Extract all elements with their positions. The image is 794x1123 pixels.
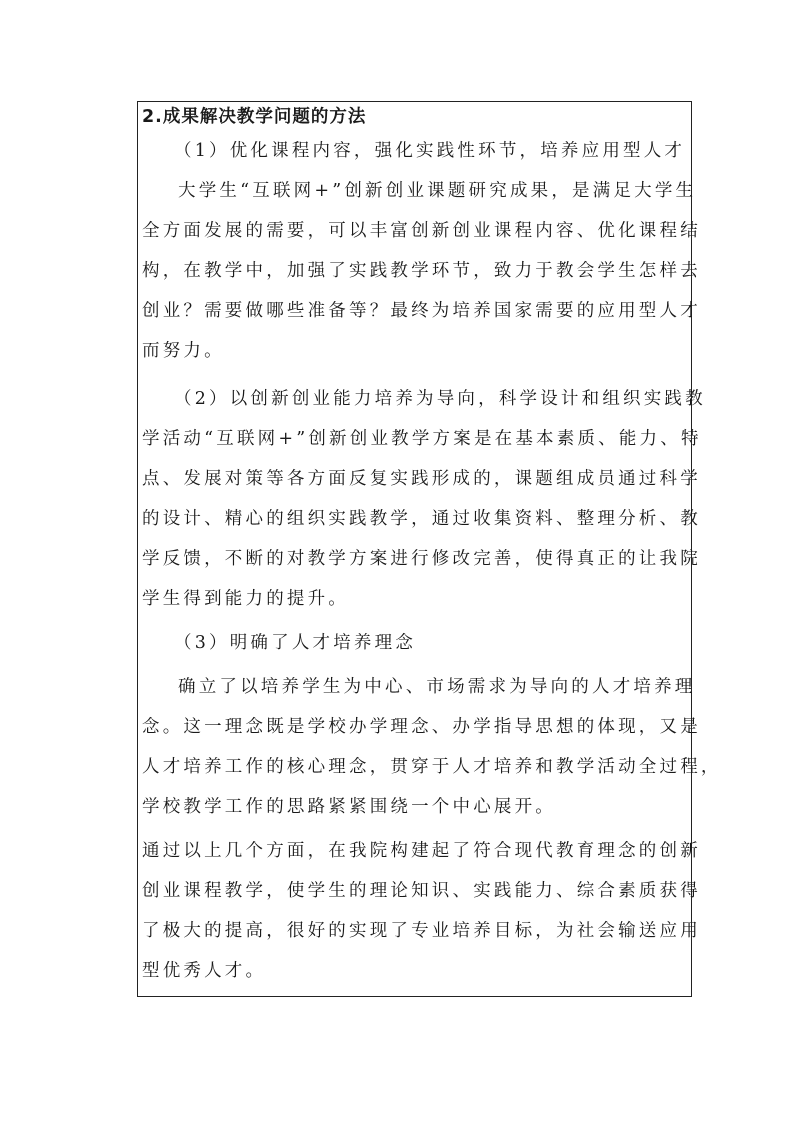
subsection-3-heading: （3）明确了人才培养理念: [174, 632, 416, 654]
paragraph-line: 创业？需要做哪些准备等？最终为培养国家需要的应用型人才: [142, 300, 701, 322]
content-table-cell: 2.成果解决教学问题的方法 （1）优化课程内容，强化实践性环节，培养应用型人才 …: [137, 101, 692, 997]
conclusion-line: 型优秀人才。: [142, 960, 266, 982]
section-title: 2.成果解决教学问题的方法: [142, 106, 366, 128]
conclusion-line: 了极大的提高，很好的实现了专业培养目标，为社会输送应用: [142, 920, 701, 942]
paragraph-line: 学反馈，不断的对教学方案进行修改完善，使得真正的让我院: [142, 548, 701, 570]
conclusion-line: 创业课程教学，使学生的理论知识、实践能力、综合素质获得: [142, 880, 701, 902]
subsection-1-heading: （1）优化课程内容，强化实践性环节，培养应用型人才: [174, 140, 685, 162]
paragraph-line: 点、发展对策等各方面反复实践形成的，课题组成员通过科学: [142, 468, 701, 490]
paragraph-line: 大学生“互联网+”创新创业课题研究成果，是满足大学生: [178, 180, 696, 202]
paragraph-line: 学生得到能力的提升。: [142, 588, 349, 610]
paragraph-line: 学校教学工作的思路紧紧围绕一个中心展开。: [142, 796, 556, 818]
subsection-2-heading: （2）以创新创业能力培养为导向，科学设计和组织实践教: [174, 388, 706, 410]
paragraph-line: 人才培养工作的核心理念，贯穿于人才培养和教学活动全过程，: [142, 756, 722, 778]
paragraph-line: 全方面发展的需要，可以丰富创新创业课程内容、优化课程结: [142, 220, 701, 242]
paragraph-line: 的设计、精心的组织实践教学，通过收集资料、整理分析、教: [142, 508, 701, 530]
paragraph-line: 念。这一理念既是学校办学理念、办学指导思想的体现，又是: [142, 716, 701, 738]
paragraph-line: 学活动“互联网+”创新创业教学方案是在基本素质、能力、特: [142, 428, 702, 450]
paragraph-line: 构，在教学中，加强了实践教学环节，致力于教会学生怎样去: [142, 260, 701, 282]
paragraph-line: 确立了以培养学生为中心、市场需求为导向的人才培养理: [178, 676, 696, 698]
paragraph-line: 而努力。: [142, 340, 225, 362]
conclusion-line: 通过以上几个方面，在我院构建起了符合现代教育理念的创新: [142, 840, 701, 862]
